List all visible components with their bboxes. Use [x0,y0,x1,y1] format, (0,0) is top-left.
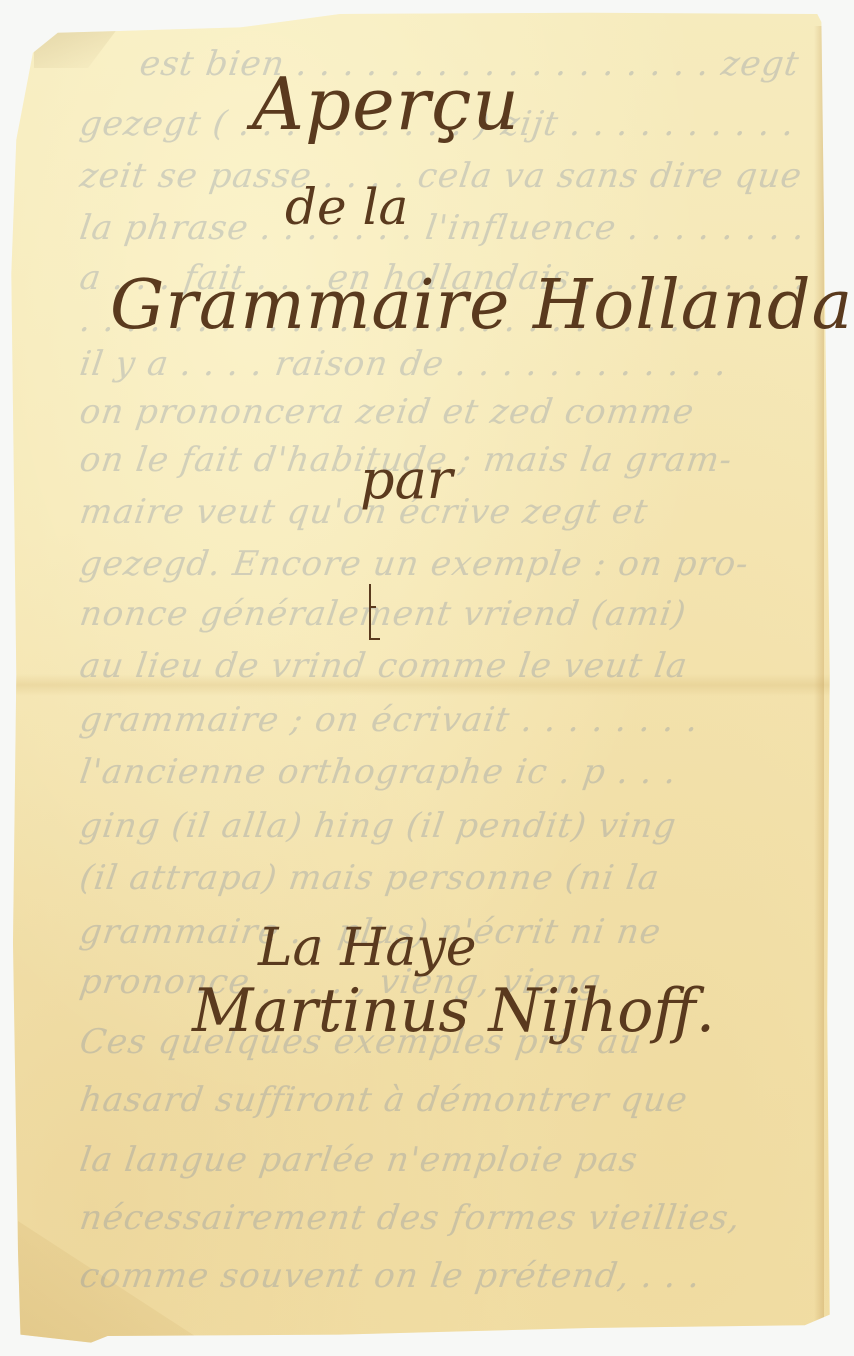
title-line-apercu: Aperçu [252,62,520,146]
horizontal-fold-crease [8,674,838,696]
author-placeholder-bracket [369,584,381,640]
imprint-place: La Haye [258,918,477,978]
folded-corner-bottom-left [18,1221,218,1351]
title-line-grammaire-hollandaise: Grammaire Hollandaise [110,266,854,345]
folded-corner-top-left [34,20,124,68]
byline-par: par [360,448,453,511]
imprint-publisher: Martinus Nijhoff. [192,976,715,1046]
title-line-de-la: de la [285,178,408,236]
paper-sheet [8,6,838,1344]
scanned-page: est bien . . . . . . . . . . . . . . . .… [0,0,854,1356]
paper-edge-shadow [814,26,824,1346]
